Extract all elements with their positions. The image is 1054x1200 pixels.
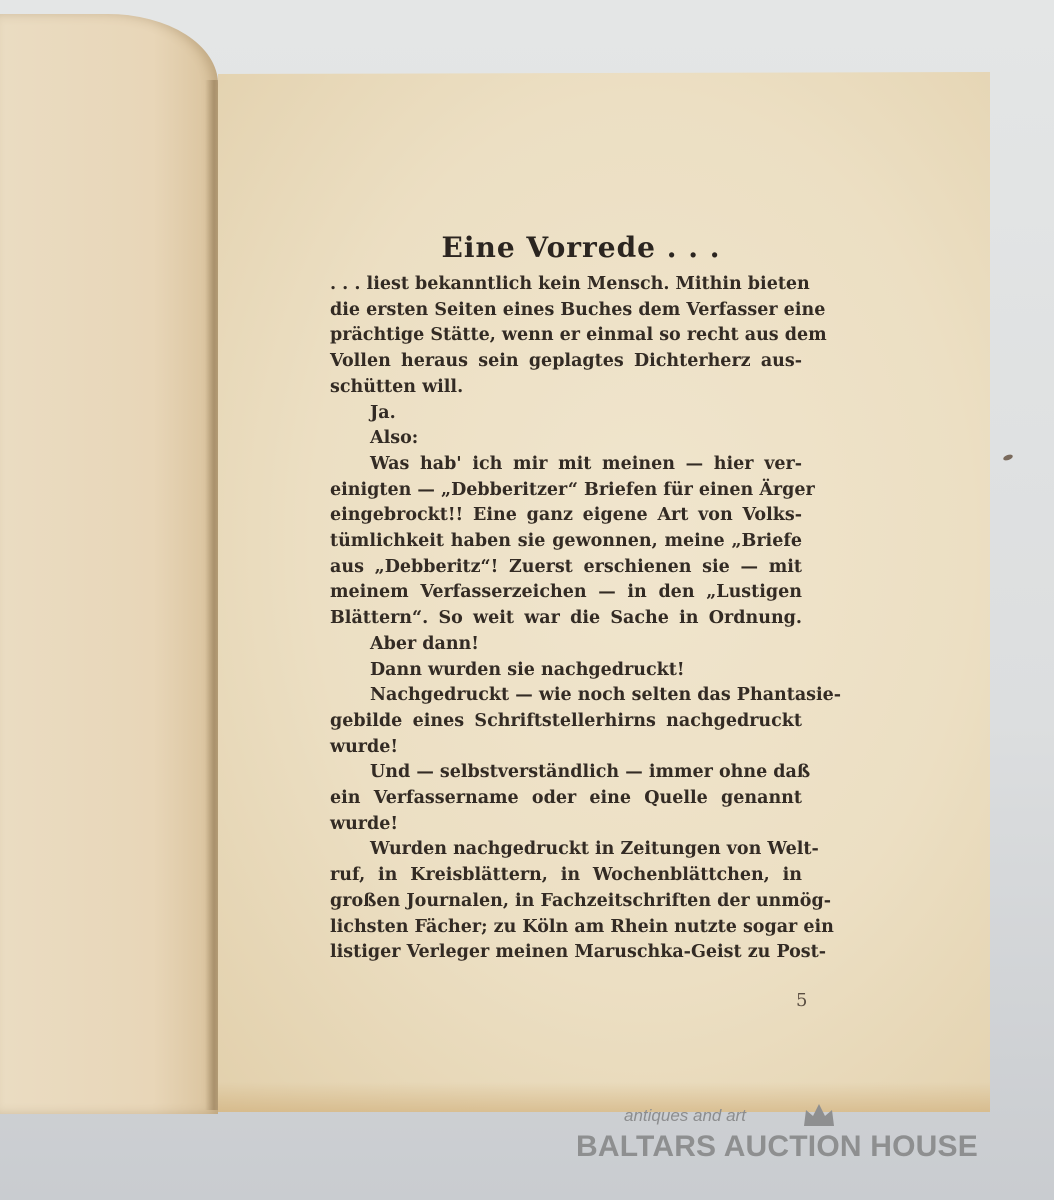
text-line: Ja. [330,401,802,427]
paragraph: Und — selbstverständlich — immer ohne da… [330,760,802,837]
text-line: ein Verfassername oder eine Quelle genan… [330,786,802,812]
page-text: Eine Vorrede . . . . . . liest bekanntli… [330,230,802,966]
text-line: Nachgedruckt — wie noch selten das Phant… [330,683,802,709]
text-line: gebilde eines Schriftstellerhirns nachge… [330,709,802,735]
text-line: Blättern“. So weit war die Sache in Ordn… [330,606,802,632]
text-line: Vollen heraus sein geplagtes Dichterherz… [330,349,802,375]
text-line: schütten will. [330,375,802,401]
page-number: 5 [796,990,807,1011]
text-line: lichsten Fächer; zu Köln am Rhein nutzte… [330,915,802,941]
text-line: meinem Verfasserzeichen — in den „Lustig… [330,580,802,606]
text-line: tümlichkeit haben sie gewonnen, meine „B… [330,529,802,555]
paragraph: Ja. [330,401,802,427]
text-line: Also: [330,426,802,452]
paragraph: Also: [330,426,802,452]
text-line: wurde! [330,812,802,838]
paragraph: . . . liest bekanntlich kein Mensch. Mit… [330,272,802,401]
text-line: wurde! [330,735,802,761]
text-line: Und — selbstverständlich — immer ohne da… [330,760,802,786]
text-line: Was hab' ich mir mit meinen — hier ver- [330,452,802,478]
text-line: Aber dann! [330,632,802,658]
text-line: Wurden nachgedruckt in Zeitungen von Wel… [330,837,802,863]
watermark-tagline: antiques and art [624,1106,746,1126]
text-line: großen Journalen, in Fachzeitschriften d… [330,889,802,915]
text-line: aus „Debberitz“! Zuerst erschienen sie —… [330,555,802,581]
paragraph: Aber dann! [330,632,802,658]
dust-speck [1002,453,1013,461]
paragraph: Wurden nachgedruckt in Zeitungen von Wel… [330,837,802,966]
watermark-name: BALTARS AUCTION HOUSE [576,1130,978,1164]
paragraph: Was hab' ich mir mit meinen — hier ver- … [330,452,802,632]
text-line: prächtige Stätte, wenn er einmal so rech… [330,323,802,349]
left-page [0,14,218,1114]
text-line: listiger Verleger meinen Maruschka-Geist… [330,940,802,966]
crown-icon [802,1102,836,1128]
paragraph: Nachgedruckt — wie noch selten das Phant… [330,683,802,760]
watermark: antiques and art BALTARS AUCTION HOUSE [576,1100,976,1170]
text-line: Dann wurden sie nachgedruckt! [330,658,802,684]
text-line: eingebrockt!! Eine ganz eigene Art von V… [330,503,802,529]
page-title: Eine Vorrede . . . [330,230,802,266]
paragraph: Dann wurden sie nachgedruckt! [330,658,802,684]
text-line: die ersten Seiten eines Buches dem Verfa… [330,298,802,324]
text-line: . . . liest bekanntlich kein Mensch. Mit… [330,272,802,298]
text-line: ruf, in Kreisblättern, in Wochenblättche… [330,863,802,889]
text-line: einigten — „Debberitzer“ Briefen für ein… [330,478,802,504]
